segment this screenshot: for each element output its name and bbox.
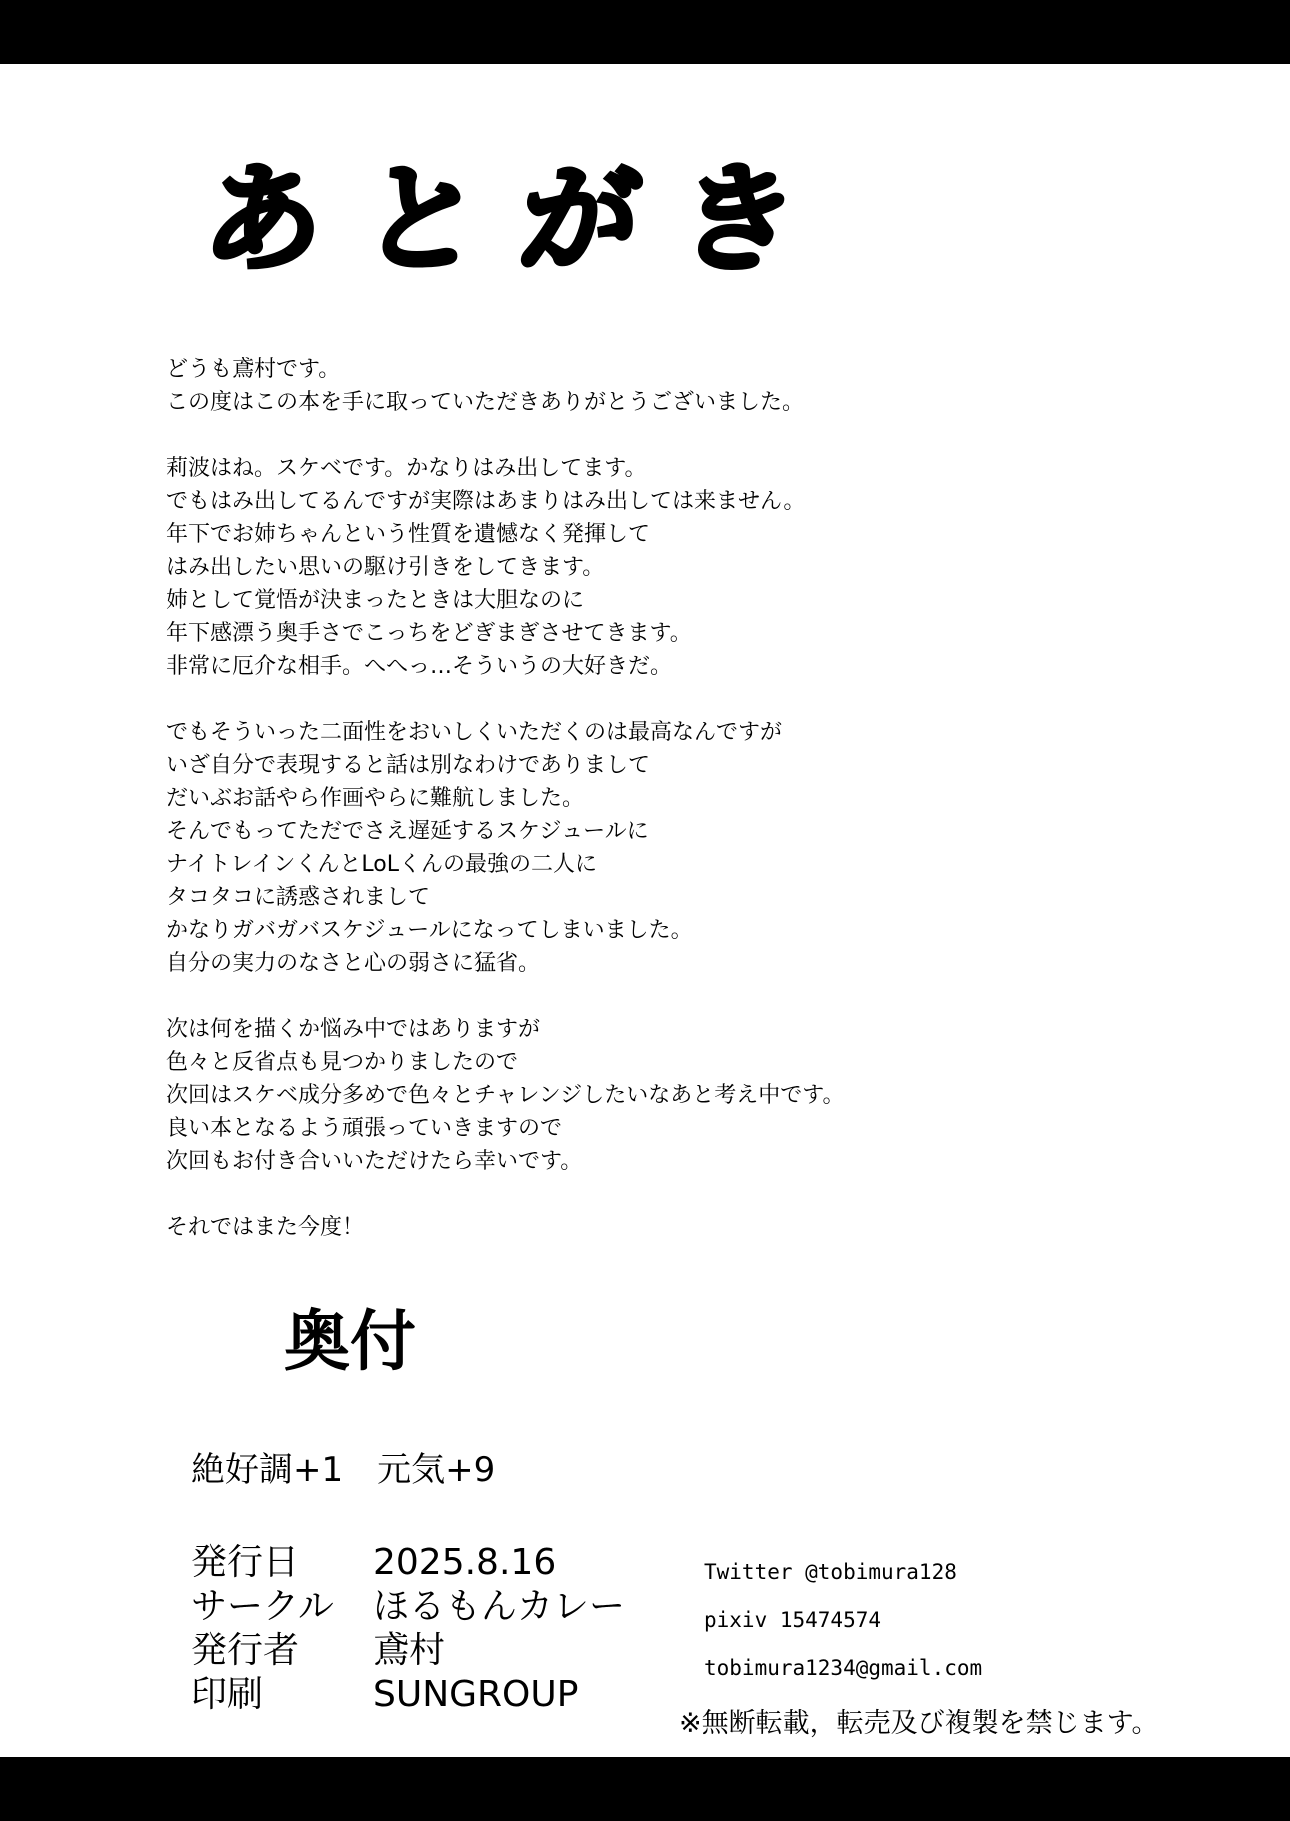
text-line: かなりガバガバスケジュールになってしまいました。 [166, 914, 1066, 947]
info-value: 2025.8.16 [373, 1541, 556, 1585]
bottom-frame-bar [0, 1757, 1290, 1821]
text-line: 年下感漂う奥手さでこっちをどぎまぎさせてきます。 [166, 617, 1066, 650]
pixiv-id: pixiv 15474574 [704, 1596, 982, 1644]
twitter-handle: Twitter @tobimura128 [704, 1548, 982, 1596]
paragraph-production: でもそういった二面性をおいしくいただくのは最高なんですが いざ自分で表現すると話… [166, 716, 1066, 980]
info-label: サークル [191, 1585, 373, 1629]
book-title: 絶好調+1 元気+9 [191, 1453, 495, 1487]
info-row-printer: 印刷 SUNGROUP [191, 1673, 625, 1717]
info-value: SUNGROUP [373, 1673, 578, 1717]
author-contacts: Twitter @tobimura128 pixiv 15474574 tobi… [704, 1548, 982, 1692]
paragraph-next: 次は何を描くか悩み中ではありますが 色々と反省点も見つかりましたので 次回はスケ… [166, 1013, 1066, 1178]
colophon-heading: 奥付 [284, 1309, 416, 1375]
info-value: ほるもんカレー [373, 1585, 625, 1629]
text-line: そんでもってただでさえ遅延するスケジュールに [166, 815, 1066, 848]
copyright-notice: ※無断転載，転売及び複製を禁じます。 [679, 1710, 1158, 1737]
text-line: タコタコに誘惑されまして [166, 881, 1066, 914]
text-line: 年下でお姉ちゃんという性質を遺憾なく発揮して [166, 518, 1066, 551]
text-line: 色々と反省点も見つかりましたので [166, 1046, 1066, 1079]
info-label: 発行者 [191, 1629, 373, 1673]
text-line: 非常に厄介な相手。へへっ…そういうの大好きだ。 [166, 650, 1066, 683]
text-line: いざ自分で表現すると話は別なわけでありまして [166, 749, 1066, 782]
text-line: だいぶお話やら作画やらに難航しました。 [166, 782, 1066, 815]
email-address: tobimura1234@gmail.com [704, 1644, 982, 1692]
top-frame-bar [0, 0, 1290, 64]
info-row-publisher: 発行者 鳶村 [191, 1629, 625, 1673]
text-line: それではまた今度！ [166, 1211, 1066, 1244]
paragraph-greeting: どうも鳶村です。 この度はこの本を手に取っていただきありがとうございました。 [166, 353, 1066, 419]
text-line: 自分の実力のなさと心の弱さに猛省。 [166, 947, 1066, 980]
afterword-heading: あとがき [199, 160, 843, 278]
text-line: でもそういった二面性をおいしくいただくのは最高なんですが [166, 716, 1066, 749]
paragraph-character: 莉波はね。スケベです。かなりはみ出してます。 でもはみ出してるんですが実際はあま… [166, 452, 1066, 683]
info-row-circle: サークル ほるもんカレー [191, 1585, 625, 1629]
text-line: どうも鳶村です。 [166, 353, 1066, 386]
text-line: 次は何を描くか悩み中ではありますが [166, 1013, 1066, 1046]
text-line: 次回はスケベ成分多めで色々とチャレンジしたいなあと考え中です。 [166, 1079, 1066, 1112]
afterword-page: あとがき どうも鳶村です。 この度はこの本を手に取っていただきありがとうございま… [0, 64, 1290, 1757]
text-line: でもはみ出してるんですが実際はあまりはみ出しては来ません。 [166, 485, 1066, 518]
text-line: 莉波はね。スケベです。かなりはみ出してます。 [166, 452, 1066, 485]
info-value: 鳶村 [373, 1629, 445, 1673]
text-line: ナイトレインくんとLoLくんの最強の二人に [166, 848, 1066, 881]
text-line: 次回もお付き合いいただけたら幸いです。 [166, 1145, 1066, 1178]
info-row-date: 発行日 2025.8.16 [191, 1541, 625, 1585]
publication-info: 発行日 2025.8.16 サークル ほるもんカレー 発行者 鳶村 印刷 SUN… [191, 1541, 625, 1717]
text-line: はみ出したい思いの駆け引きをしてきます。 [166, 551, 1066, 584]
text-line: この度はこの本を手に取っていただきありがとうございました。 [166, 386, 1066, 419]
text-line: 良い本となるよう頑張っていきますので [166, 1112, 1066, 1145]
afterword-body: どうも鳶村です。 この度はこの本を手に取っていただきありがとうございました。 莉… [166, 353, 1066, 1277]
info-label: 印刷 [191, 1673, 373, 1717]
paragraph-farewell: それではまた今度！ [166, 1211, 1066, 1244]
info-label: 発行日 [191, 1541, 373, 1585]
text-line: 姉として覚悟が決まったときは大胆なのに [166, 584, 1066, 617]
